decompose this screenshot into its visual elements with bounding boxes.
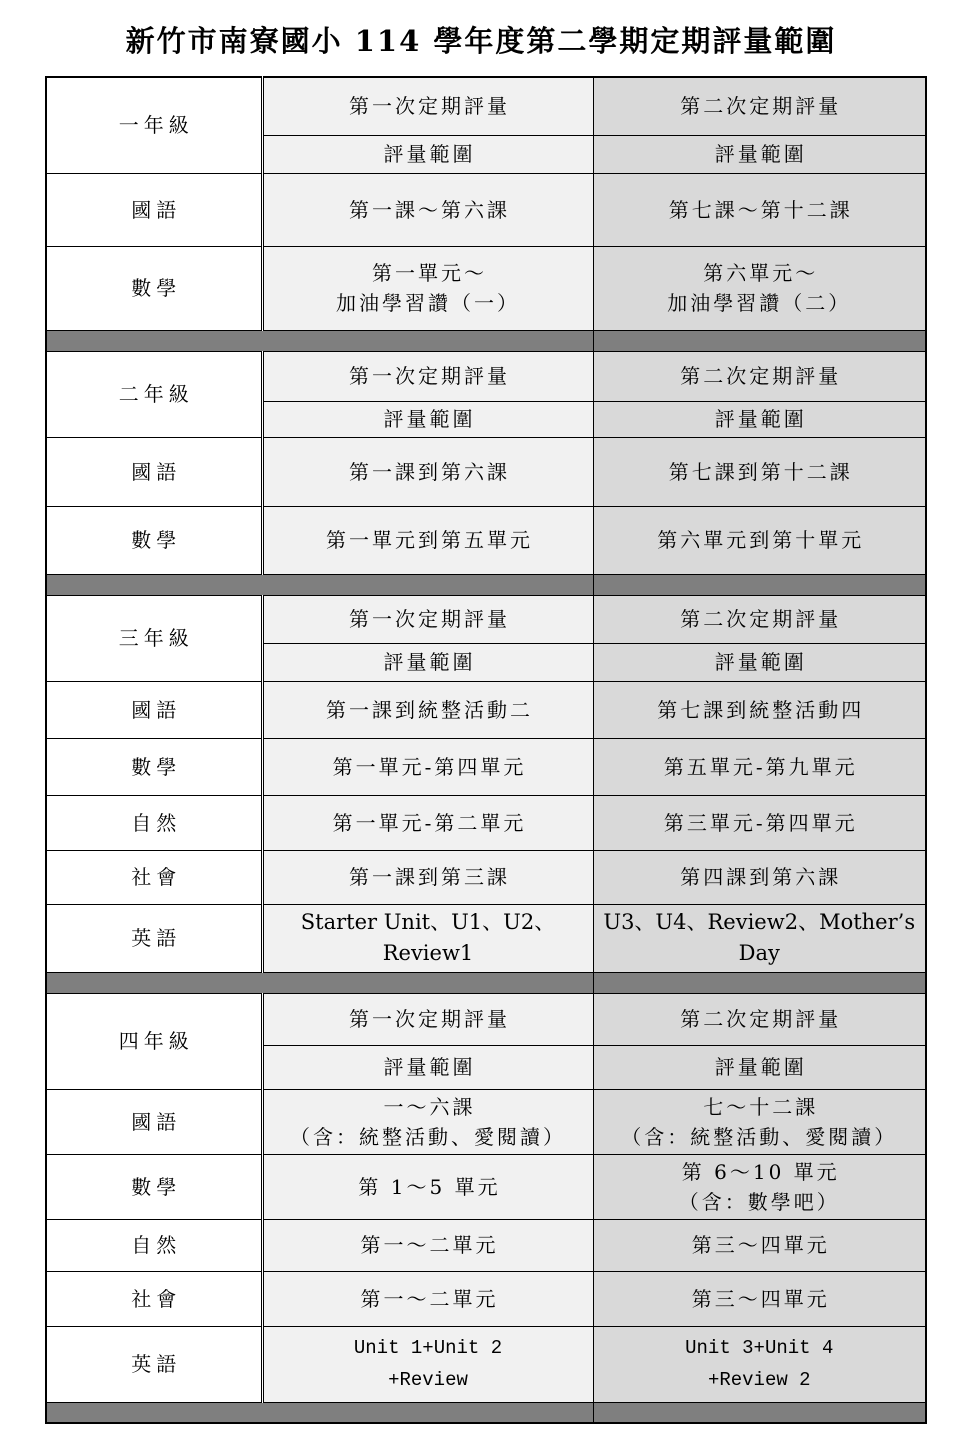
grade-cell: 一年級 xyxy=(46,77,262,173)
section-separator xyxy=(46,330,593,351)
scope-value-cell: 第六單元～ 加油學習讚（二） xyxy=(593,246,926,330)
scope-value-cell: Unit 3+Unit 4 +Review 2 xyxy=(593,1326,926,1402)
subject-cell: 數學 xyxy=(46,1154,262,1219)
subject-cell: 國語 xyxy=(46,1089,262,1154)
scope-value-cell: 第五單元-第九單元 xyxy=(593,738,926,795)
grade-cell: 二年級 xyxy=(46,351,262,437)
scope-value-cell: 第六單元到第十單元 xyxy=(593,506,926,574)
scope-value-cell: 第七課到統整活動四 xyxy=(593,681,926,738)
subject-cell: 國語 xyxy=(46,173,262,246)
subject-cell: 自然 xyxy=(46,1219,262,1271)
subject-cell: 國語 xyxy=(46,437,262,506)
scope-value-cell: 第一～二單元 xyxy=(262,1219,593,1271)
scope-value-cell: 第一單元-第二單元 xyxy=(262,795,593,850)
section-separator xyxy=(593,574,926,595)
scope-value-cell: 第七課～第十二課 xyxy=(593,173,926,246)
scope-value-cell: 一～六課 （含：統整活動、愛閱讀） xyxy=(262,1089,593,1154)
scope-label-cell: 評量範圍 xyxy=(262,1045,593,1089)
scope-value-cell: 第七課到第十二課 xyxy=(593,437,926,506)
scope-value-cell: 第四課到第六課 xyxy=(593,850,926,904)
scope-value-cell: Starter Unit、U1、U2、Review1 xyxy=(262,904,593,972)
scope-value-cell: 第一課到第六課 xyxy=(262,437,593,506)
scope-value-cell: 第一單元～ 加油學習讚（一） xyxy=(262,246,593,330)
scope-label-cell: 評量範圍 xyxy=(593,401,926,437)
scope-value-cell: 第三～四單元 xyxy=(593,1271,926,1326)
scope-value-cell: 第三～四單元 xyxy=(593,1219,926,1271)
scope-value-cell: 第一課到第三課 xyxy=(262,850,593,904)
scope-value-cell: 第一～二單元 xyxy=(262,1271,593,1326)
scope-value-cell: 第一課～第六課 xyxy=(262,173,593,246)
scope-value-cell: Unit 1+Unit 2 +Review xyxy=(262,1326,593,1402)
scope-label-cell: 評量範圍 xyxy=(593,135,926,173)
subject-cell: 英語 xyxy=(46,904,262,972)
section-separator xyxy=(593,972,926,993)
subject-cell: 自然 xyxy=(46,795,262,850)
scope-label-cell: 評量範圍 xyxy=(593,643,926,681)
scope-value-cell: 第 6～10 單元 （含：數學吧） xyxy=(593,1154,926,1219)
subject-cell: 國語 xyxy=(46,681,262,738)
grade-cell: 四年級 xyxy=(46,993,262,1089)
assessment-table: 一年級 第一次定期評量 第二次定期評量 評量範圍 評量範圍 國語 第一課～第六課… xyxy=(45,76,927,1424)
subject-cell: 數學 xyxy=(46,738,262,795)
scope-value-cell: 第一課到統整活動二 xyxy=(262,681,593,738)
exam2-header-cell: 第二次定期評量 xyxy=(593,351,926,401)
document-page: 新竹市南寮國小 114 學年度第二學期定期評量範圍 一年級 第一次定期評量 第二… xyxy=(0,0,962,1433)
section-separator xyxy=(46,972,593,993)
scope-label-cell: 評量範圍 xyxy=(262,643,593,681)
section-separator xyxy=(46,1402,593,1423)
scope-value-cell: 第 1～5 單元 xyxy=(262,1154,593,1219)
exam2-header-cell: 第二次定期評量 xyxy=(593,993,926,1045)
exam1-header-cell: 第一次定期評量 xyxy=(262,351,593,401)
exam1-header-cell: 第一次定期評量 xyxy=(262,77,593,135)
section-separator xyxy=(593,330,926,351)
scope-value-cell: 第一單元-第四單元 xyxy=(262,738,593,795)
subject-cell: 社會 xyxy=(46,850,262,904)
subject-cell: 數學 xyxy=(46,506,262,574)
scope-label-cell: 評量範圍 xyxy=(262,135,593,173)
exam1-header-cell: 第一次定期評量 xyxy=(262,993,593,1045)
section-separator xyxy=(593,1402,926,1423)
scope-value-cell: 七～十二課 （含：統整活動、愛閱讀） xyxy=(593,1089,926,1154)
document-title: 新竹市南寮國小 114 學年度第二學期定期評量範圍 xyxy=(0,0,962,58)
scope-value-cell: 第一單元到第五單元 xyxy=(262,506,593,574)
subject-cell: 社會 xyxy=(46,1271,262,1326)
subject-cell: 數學 xyxy=(46,246,262,330)
grade-cell: 三年級 xyxy=(46,595,262,681)
section-separator xyxy=(46,574,593,595)
exam2-header-cell: 第二次定期評量 xyxy=(593,595,926,643)
scope-label-cell: 評量範圍 xyxy=(593,1045,926,1089)
subject-cell: 英語 xyxy=(46,1326,262,1402)
scope-label-cell: 評量範圍 xyxy=(262,401,593,437)
exam1-header-cell: 第一次定期評量 xyxy=(262,595,593,643)
scope-value-cell: U3、U4、Review2、Mother’s Day xyxy=(593,904,926,972)
exam2-header-cell: 第二次定期評量 xyxy=(593,77,926,135)
scope-value-cell: 第三單元-第四單元 xyxy=(593,795,926,850)
